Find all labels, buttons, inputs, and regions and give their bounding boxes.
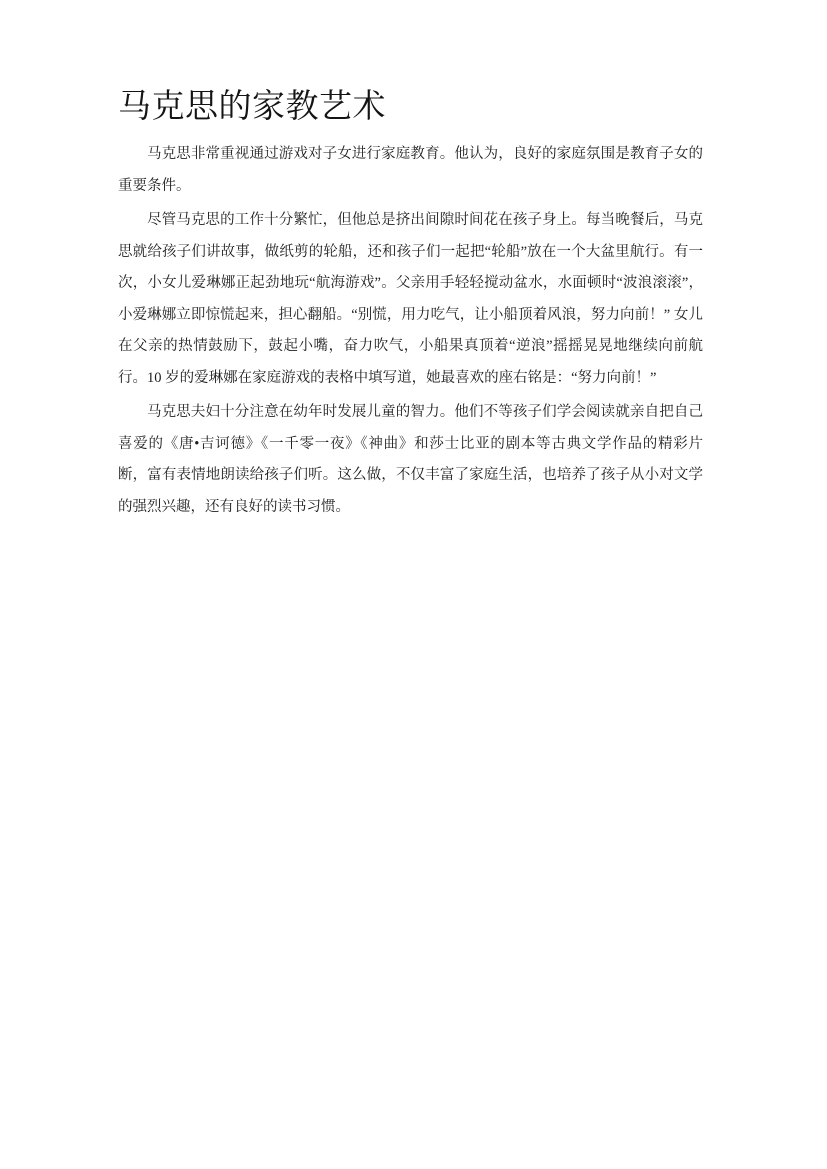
- paragraph-sailing-game: 尽管马克思的工作十分繁忙，但他总是挤出间隙时间花在孩子身上。每当晚餐后，马克思就…: [118, 205, 703, 394]
- paragraph-reading: 马克思夫妇十分注意在幼年时发展儿童的智力。他们不等孩子们学会阅读就亲自把自己喜爱…: [118, 397, 703, 523]
- paragraph-intro: 马克思非常重视通过游戏对子女进行家庭教育。他认为，良好的家庭氛围是教育子女的重要…: [118, 139, 703, 202]
- document-title: 马克思的家教艺术: [118, 84, 703, 130]
- document-page: 马克思的家教艺术 马克思非常重视通过游戏对子女进行家庭教育。他认为，良好的家庭氛…: [0, 0, 827, 1169]
